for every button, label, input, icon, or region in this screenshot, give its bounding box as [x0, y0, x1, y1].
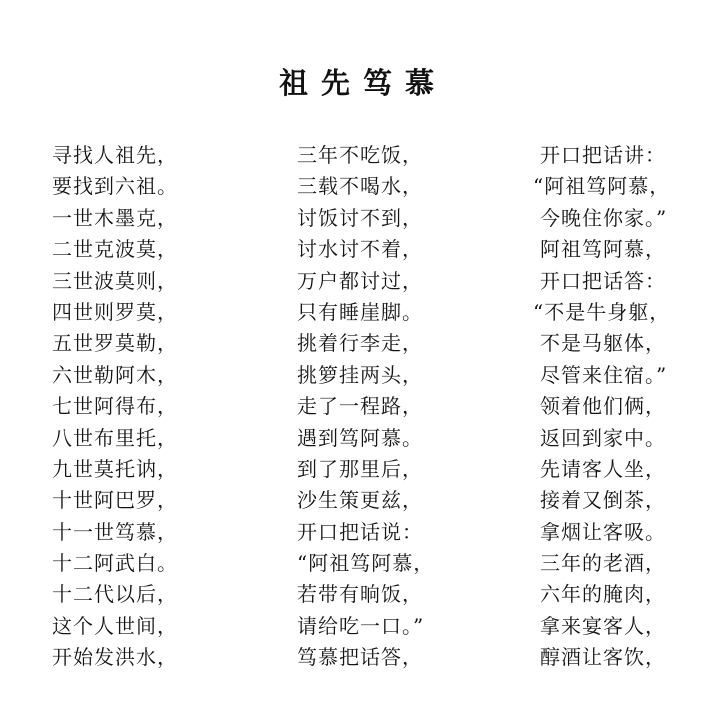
- poem-line: 今晚住你家。”: [540, 203, 670, 234]
- poem-line: 拿来宴客人，: [540, 611, 670, 642]
- poem-line: 二世克波莫，: [52, 234, 178, 265]
- poem-line: 挑着行李走，: [297, 328, 434, 359]
- poem-line: 领着他们俩，: [540, 391, 670, 422]
- poem-column-3: 开口把话讲： “阿祖笃阿慕， 今晚住你家。” 阿祖笃阿慕， 开口把话答： “不是…: [540, 140, 670, 674]
- poem-line: 遇到笃阿慕。: [297, 423, 434, 454]
- poem-line: 开口把话说：: [297, 517, 434, 548]
- poem-line: “不是牛身躯，: [533, 297, 670, 328]
- poem-line: 十二阿武白。: [52, 548, 178, 579]
- poem-line: 只有睡崖脚。: [297, 297, 434, 328]
- poem-line: 十一世笃慕，: [52, 517, 178, 548]
- poem-line: 五世罗莫勒，: [52, 328, 178, 359]
- poem-line: 接着又倒茶，: [540, 485, 670, 516]
- poem-line: 挑箩挂两头，: [297, 360, 434, 391]
- poem-line: “阿祖笃阿慕，: [297, 548, 434, 579]
- poem-line: 这个人世间，: [52, 611, 178, 642]
- poem-line: 走了一程路，: [297, 391, 434, 422]
- poem-line: 讨饭讨不到，: [297, 203, 434, 234]
- poem-line: 笃慕把话答，: [297, 642, 434, 673]
- poem-line: 到了那里后，: [297, 454, 434, 485]
- poem-line: 先请客人坐，: [540, 454, 670, 485]
- poem-line: 拿烟让客吸。: [540, 517, 670, 548]
- poem-line: 七世阿得布，: [52, 391, 178, 422]
- poem-line: 开口把话讲：: [540, 140, 670, 171]
- poem-line: 三载不喝水，: [297, 171, 434, 202]
- poem-line: 请给吃一口。”: [297, 611, 434, 642]
- poem-line: 三世波莫则，: [52, 266, 178, 297]
- poem-line: 尽管来住宿。”: [540, 360, 670, 391]
- poem-line: 八世布里托，: [52, 423, 178, 454]
- poem-line: 九世莫托讷，: [52, 454, 178, 485]
- page-title: 祖先笃慕: [0, 63, 720, 103]
- poem-line: 万户都讨过，: [297, 266, 434, 297]
- poem-line: 返回到家中。: [540, 423, 670, 454]
- poem-line: 开口把话答：: [540, 266, 670, 297]
- poem-line: 讨水讨不着，: [297, 234, 434, 265]
- poem-line: 阿祖笃阿慕，: [540, 234, 670, 265]
- poem-line: 十世阿巴罗，: [52, 485, 178, 516]
- poem-line: 开始发洪水，: [52, 642, 178, 673]
- poem-line: 四世则罗莫，: [52, 297, 178, 328]
- poem-column-1: 寻找人祖先， 要找到六祖。 一世木墨克， 二世克波莫， 三世波莫则， 四世则罗莫…: [52, 140, 178, 674]
- poem-line: 三年不吃饭，: [297, 140, 434, 171]
- poem-line: 一世木墨克，: [52, 203, 178, 234]
- poem-line: 三年的老酒，: [540, 548, 670, 579]
- poem-line: 六世勒阿木，: [52, 360, 178, 391]
- poem-line: 沙生策更兹，: [297, 485, 434, 516]
- poem-line: 若带有晌饭，: [297, 579, 434, 610]
- poem-line: 不是马躯体，: [540, 328, 670, 359]
- poem-line: 六年的腌肉，: [540, 579, 670, 610]
- poem-line: 十二代以后，: [52, 579, 178, 610]
- poem-line: 寻找人祖先，: [52, 140, 178, 171]
- poem-column-2: 三年不吃饭， 三载不喝水， 讨饭讨不到， 讨水讨不着， 万户都讨过， 只有睡崖脚…: [297, 140, 434, 674]
- poem-line: 要找到六祖。: [52, 171, 178, 202]
- poem-line: “阿祖笃阿慕，: [533, 171, 670, 202]
- poem-line: 醇酒让客饮，: [540, 642, 670, 673]
